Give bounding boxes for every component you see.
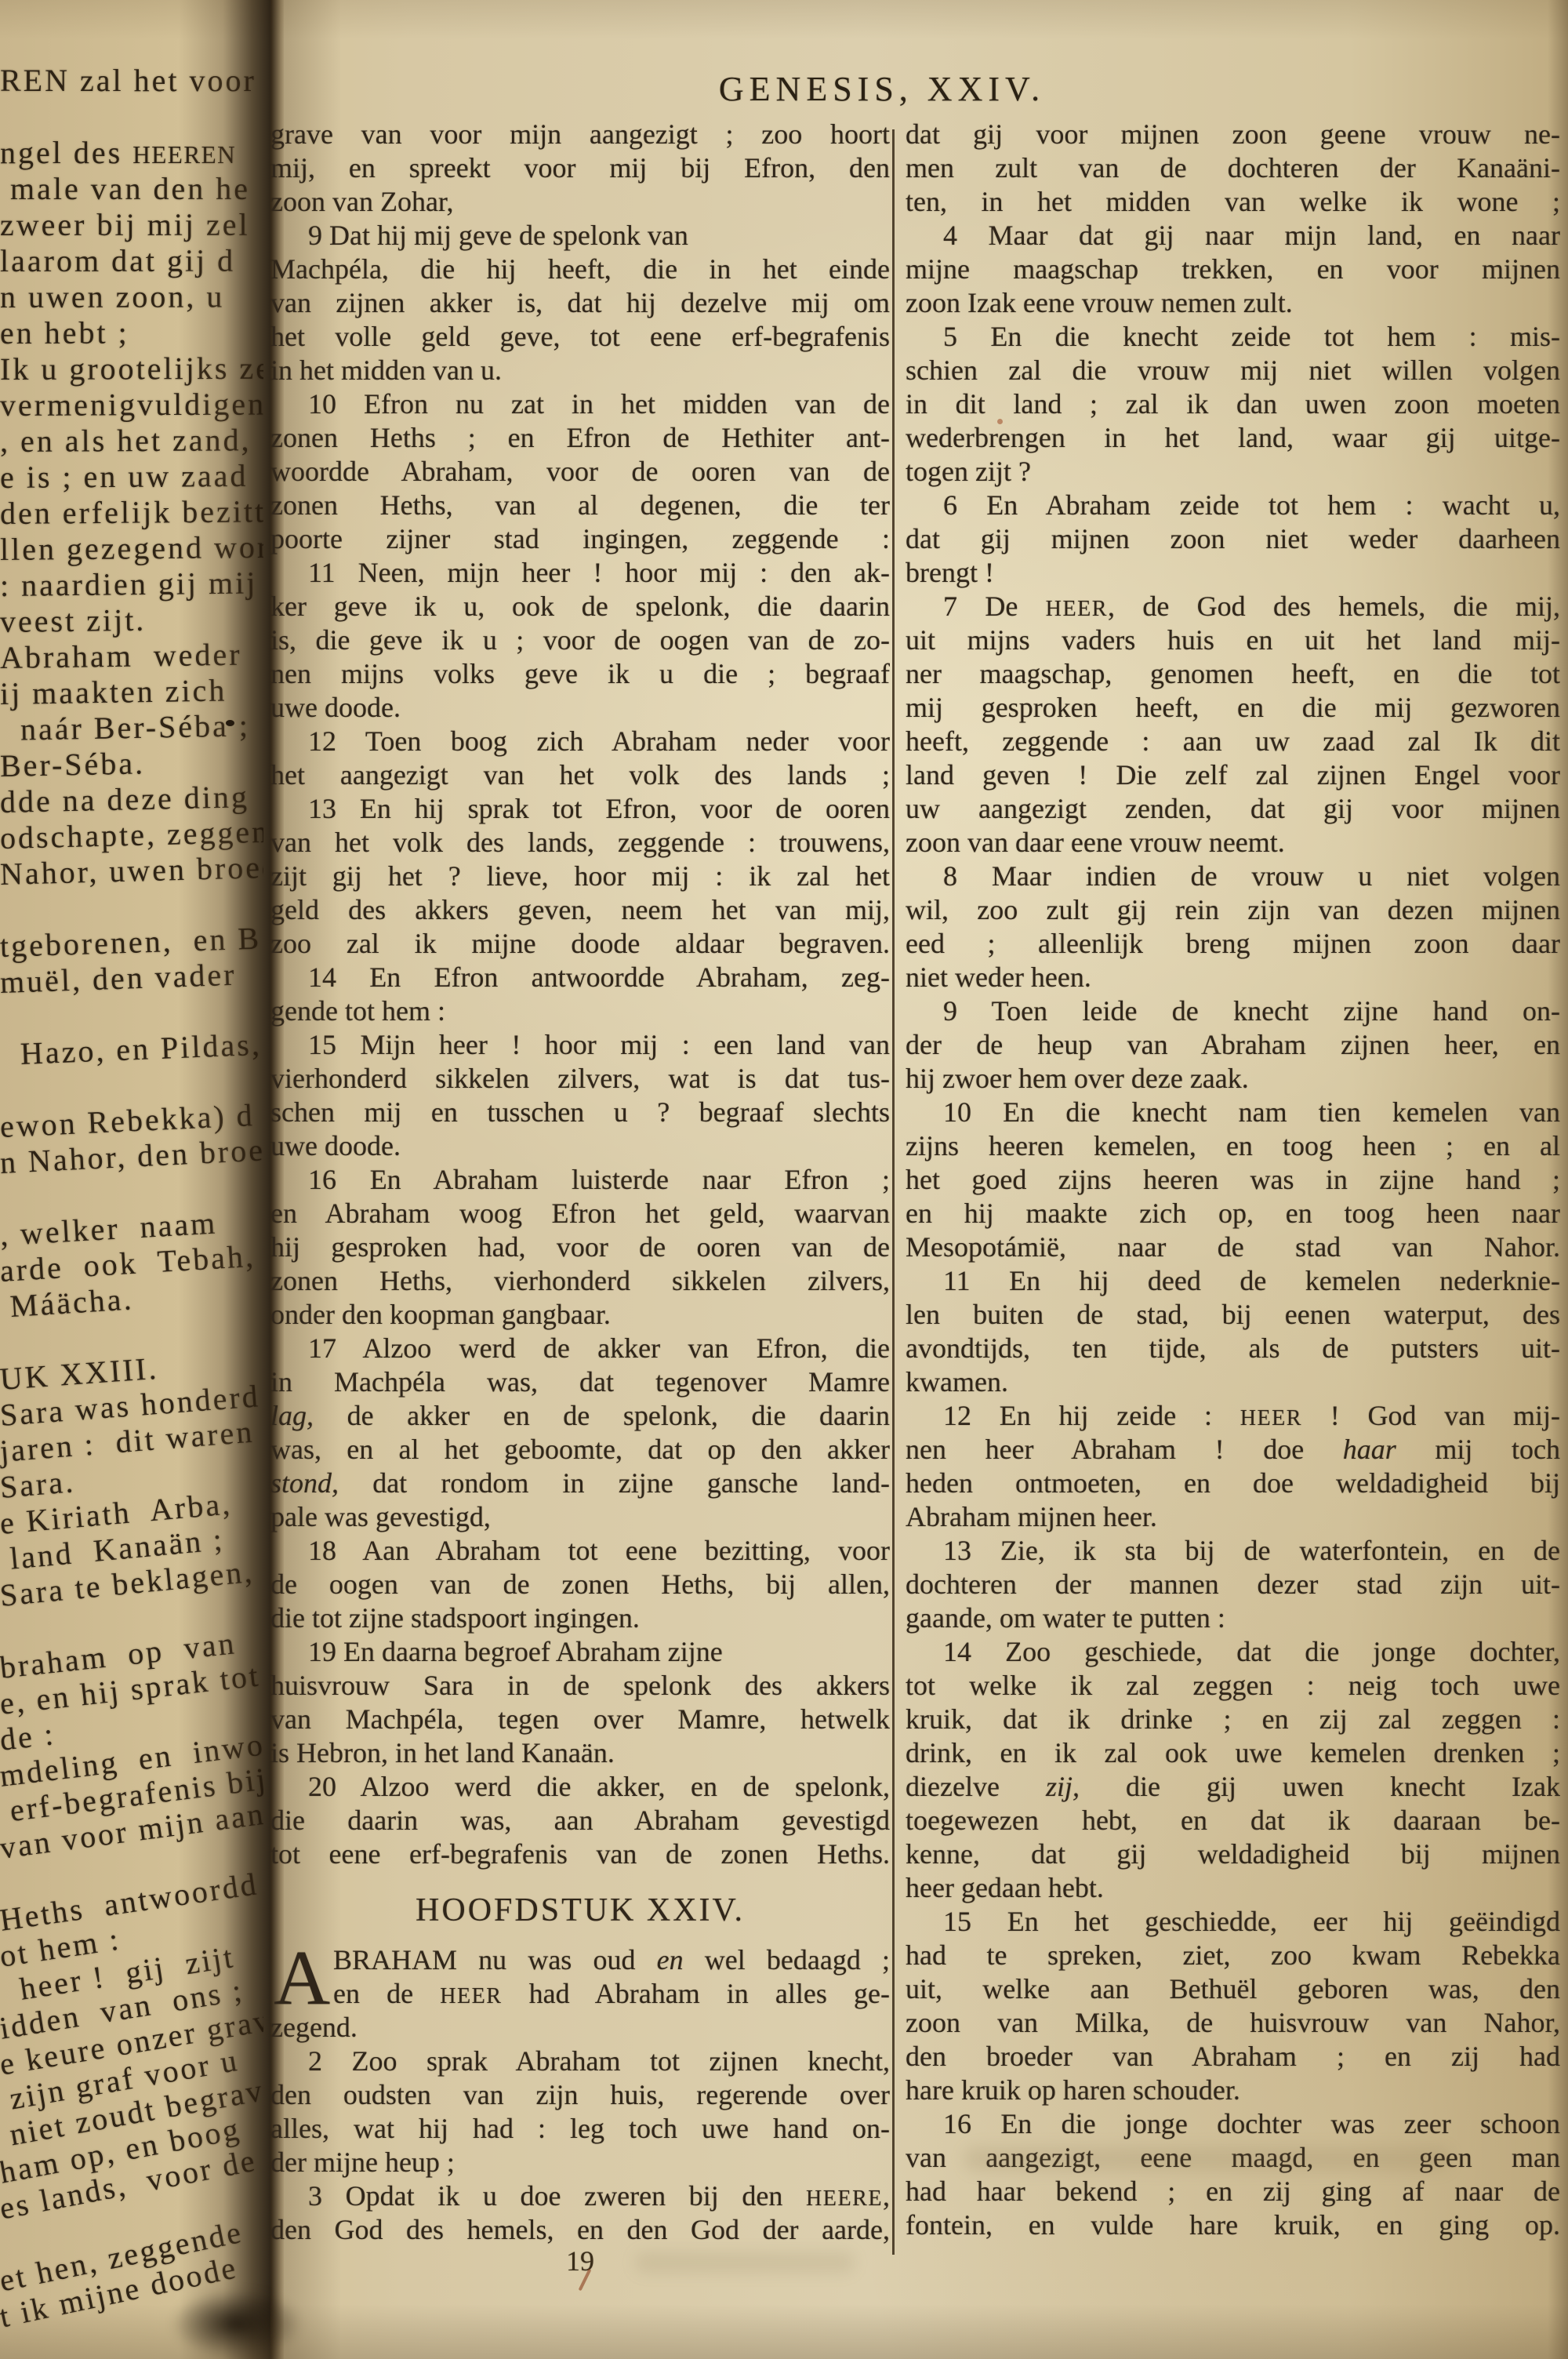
text-line: vierhonderd sikkelen zilvers, wat is dat… — [270, 1062, 890, 1096]
text-line: het volle geld geve, tot eene erf-begraf… — [270, 320, 890, 354]
text-line: uit mijns vaders huis en uit het land mi… — [906, 623, 1560, 657]
text-line: huisvrouw Sara in de spelonk des akkers — [270, 1669, 890, 1703]
text-line: brengt ! — [906, 556, 1560, 590]
text-line: hare kruik op haren schouder. — [906, 2074, 1560, 2107]
show-through-smudge — [635, 2252, 855, 2273]
text-line: 11 En hij deed de kemelen nederknie- — [906, 1264, 1560, 1298]
text-line: 18 Aan Abraham tot eene bezitting, voor — [270, 1534, 890, 1568]
text-line: Abraham mijnen heer. — [906, 1500, 1560, 1534]
text-line: 4 Maar dat gij naar mijn land, en naar — [906, 219, 1560, 253]
text-line: der mijne heup ; — [270, 2146, 890, 2179]
text-line: die tot zijne stadspoort ingingen. — [270, 1601, 890, 1635]
text-line: kenne, dat gij weldadigheid bij mijnen — [906, 1837, 1560, 1871]
text-line: tot welke ik zal zeggen : neig toch uwe — [906, 1669, 1560, 1703]
text-line: heden ontmoeten, en doe weldadigheid bij — [906, 1467, 1560, 1500]
text-line: 3 Opdat ik u doe zweren bij den HEERE, — [270, 2179, 890, 2213]
text-line: hij zwoer hem over deze zaak. — [906, 1062, 1560, 1096]
text-column-left: grave van voor mijn aangezigt ; zoo hoor… — [270, 118, 890, 2247]
text-line: hij gesproken had, voor de ooren van de — [270, 1230, 890, 1264]
text-line: nen heer Abraham ! doe haar mij toch — [906, 1433, 1560, 1467]
text-line: zoon Izak eene vrouw nemen zult. — [906, 286, 1560, 320]
text-line: 16 En Abraham luisterde naar Efron ; — [270, 1163, 890, 1197]
fragment-line: , en als het zand, — [0, 422, 263, 460]
text-line: avondtijds, ten tijde, als de putsters u… — [906, 1332, 1560, 1365]
text-line: is Hebron, in het land Kanaän. — [270, 1736, 890, 1770]
text-line: zijt gij het ? lieve, hoor mij : ik zal … — [270, 860, 890, 893]
text-line: uw aangezigt zenden, dat gij voor mijnen — [906, 792, 1560, 826]
text-line: geld des akkers geven, neem het van mij, — [270, 893, 890, 927]
text-line: lag, de akker en de spelonk, die daarin — [270, 1399, 890, 1433]
text-line: dat gij mijnen zoon niet weder daarheen — [906, 522, 1560, 556]
text-line: 13 En hij sprak tot Efron, voor de ooren — [270, 792, 890, 826]
text-line: 11 Neen, mijn heer ! hoor mij : den ak- — [270, 556, 890, 590]
rust-speck — [997, 419, 1003, 424]
text-line: der de heup van Abraham zijnen heer, en — [906, 1028, 1560, 1062]
text-line: ner maagschap, genomen heeft, en die tot — [906, 657, 1560, 691]
chapter-heading: HOOFDSTUK XXIV. — [270, 1871, 890, 1943]
text-line: het aangezigt van het volk des lands ; — [270, 758, 890, 792]
fragment-line: ngel des HEEREN — [0, 135, 263, 171]
text-line: zonen Heths, van al degenen, die ter — [270, 489, 890, 522]
fragment-line: dde na deze ding — [0, 779, 263, 820]
text-line: wederbrengen in het land, waar gij uitge… — [906, 421, 1560, 455]
text-line: zoo zal ik mijne doode aldaar begraven. — [270, 927, 890, 961]
text-line: zoon van Milka, de huisvrouw van Nahor, — [906, 2006, 1560, 2040]
text-line: den oudsten van zijn huis, regerende ove… — [270, 2078, 890, 2112]
text-line: kwamen. — [906, 1365, 1560, 1399]
text-line: was, en al het geboomte, dat op den akke… — [270, 1433, 890, 1467]
text-line: 17 Alzoo werd de akker van Efron, die — [270, 1332, 890, 1365]
fragment-line: naár Ber-Séba ; — [0, 707, 263, 748]
text-column-right: dat gij voor mijnen zoon geene vrouw ne-… — [906, 118, 1560, 2242]
text-line: wil, zoo zult gij rein zijn van dezen mi… — [906, 893, 1560, 927]
text-line: 9 Toen leide de knecht zijne hand on- — [906, 994, 1560, 1028]
text-line: 16 En die jonge dochter was zeer schoon — [906, 2107, 1560, 2141]
text-line: dat gij voor mijnen zoon geene vrouw ne- — [906, 118, 1560, 151]
fragment-line: vermenigvuldigen, — [0, 387, 263, 423]
text-line: woordde Abraham, voor de ooren van de — [270, 455, 890, 489]
text-line: toegewezen hebt, en dat ik daaraan be- — [906, 1804, 1560, 1837]
text-line: mijne maagschap trekken, en voor mijnen — [906, 253, 1560, 286]
text-line: pale was gevestigd, — [270, 1500, 890, 1534]
fragment-line: zweer bij mij zel — [0, 207, 263, 243]
text-line: heer gedaan hebt. — [906, 1871, 1560, 1905]
fragment-line: e is ; en uw zaad — [0, 458, 263, 496]
text-line: zijns heeren kemelen, en toog heen ; en … — [906, 1129, 1560, 1163]
text-line: 15 Mijn heer ! hoor mij : een land van — [270, 1028, 890, 1062]
text-line: Machpéla, die hij heeft, die in het eind… — [270, 253, 890, 286]
text-line: eed ; alleenlijk breng mijnen zoon daar — [906, 927, 1560, 961]
text-line: gaande, om water te putten : — [906, 1601, 1560, 1635]
text-line: diezelve zij, die gij uwen knecht Izak — [906, 1770, 1560, 1804]
text-line: 13 Zie, ik sta bij de waterfontein, en d… — [906, 1534, 1560, 1568]
text-line: gende tot hem : — [270, 994, 890, 1028]
text-line: schen mij en tusschen u ? begraaf slecht… — [270, 1096, 890, 1129]
text-line: uwe doode. — [270, 1129, 890, 1163]
ink-speck — [226, 720, 234, 726]
text-line: ten, in het midden van welke ik wone ; — [906, 185, 1560, 219]
text-line: alles, wat hij had : leg toch uwe hand o… — [270, 2112, 890, 2146]
fragment-line: REN zal het voor — [0, 63, 263, 99]
fragment-line: : naardien gij mij — [0, 565, 263, 604]
text-line: mij gesproken heeft, en die mij gezworen — [906, 691, 1560, 725]
text-line: 19 En daarna begroef Abraham zijne — [270, 1635, 890, 1669]
text-line: in dit land ; zal ik dan uwen zoon moete… — [906, 387, 1560, 421]
fragment-line: llen gezegend word — [0, 529, 263, 568]
fragment-line: den erfelijk bezitt — [0, 493, 263, 532]
text-line: de oogen van de zonen Heths, bij allen, — [270, 1568, 890, 1601]
text-line: ker geve ik u, ook de spelonk, die daari… — [270, 590, 890, 623]
text-line: 8 Maar indien de vrouw u niet volgen — [906, 860, 1560, 893]
text-line: grave van voor mijn aangezigt ; zoo hoor… — [270, 118, 890, 151]
text-line: Mesopotámië, naar de stad van Nahor. — [906, 1230, 1560, 1264]
text-line: zonen Heths, vierhonderd sikkelen zilver… — [270, 1264, 890, 1298]
text-line: 7 De HEER, de God des hemels, die mij, — [906, 590, 1560, 623]
fragment-line: laarom dat gij d — [0, 243, 263, 279]
text-line: land geven ! Die zelf zal zijnen Engel v… — [906, 758, 1560, 792]
text-line: 12 Toen boog zich Abraham neder voor — [270, 725, 890, 758]
text-line: len buiten de stad, bij eenen waterput, … — [906, 1298, 1560, 1332]
text-line: 5 En die knecht zeide tot hem : mis- — [906, 320, 1560, 354]
text-line: van Machpéla, tegen over Mamre, hetwelk — [270, 1703, 890, 1736]
column-divider-rule — [892, 129, 895, 2255]
text-line: kruik, dat ik drinke ; en zij zal zeggen… — [906, 1703, 1560, 1736]
text-line: 12 En hij zeide : HEER ! God van mij- — [906, 1399, 1560, 1433]
text-line: den God des hemels, en den God der aarde… — [270, 2213, 890, 2247]
page-header-title: GENESIS, XXIV. — [235, 69, 1529, 109]
text-line: fontein, en vulde hare kruik, en ging op… — [906, 2208, 1560, 2242]
text-line: dochteren der mannen dezer stad zijn uit… — [906, 1568, 1560, 1601]
text-line: niet weder heen. — [906, 961, 1560, 994]
fragment-line: veest zijt. — [0, 601, 263, 640]
text-line: zonen Heths ; en Efron de Hethiter ant- — [270, 421, 890, 455]
fragment-line: Ik u grootelijks ze — [0, 351, 263, 387]
text-line: poorte zijner stad ingingen, zeggende : — [270, 522, 890, 556]
text-line: uwe doode. — [270, 691, 890, 725]
text-line: mij, en spreekt voor mij bij Efron, den — [270, 151, 890, 185]
text-line: zegend. — [270, 2011, 890, 2045]
show-through-smudge — [964, 2147, 1450, 2171]
text-line: 10 Efron nu zat in het midden van de — [270, 387, 890, 421]
text-line: had haar bekend ; en zij ging af naar de — [906, 2175, 1560, 2208]
fragment-line: n uwen zoon, u — [0, 278, 263, 315]
text-line: den broeder van Abraham ; en zij had — [906, 2040, 1560, 2074]
fragment-line: male van den he — [0, 171, 263, 207]
text-line: 15 En het geschiedde, eer hij geëindigd — [906, 1905, 1560, 1939]
text-line: is, die geve ik u ; voor de oogen van de… — [270, 623, 890, 657]
text-line: stond, dat rondom in zijne gansche land- — [270, 1467, 890, 1500]
fragment-line: en hebt ; — [0, 314, 263, 351]
text-line: drink, en ik zal ook uwe kemelen drenken… — [906, 1736, 1560, 1770]
fragment-line: Ber-Séba. — [0, 743, 263, 784]
left-page-fragment: REN zal het voorngel des HEEREN male van… — [0, 63, 263, 2335]
text-line: heeft, zeggende : aan uw zaad zal Ik dit — [906, 725, 1560, 758]
text-line: had te spreken, ziet, zoo kwam Rebekka — [906, 1939, 1560, 1972]
text-line: het goed zijns heeren was in zijne hand … — [906, 1163, 1560, 1197]
scanned-book-page: REN zal het voorngel des HEEREN male van… — [0, 0, 1568, 2359]
text-line: BRAHAM nu was oud en wel bedaagd ; — [333, 1943, 890, 1977]
text-line: schien zal die vrouw mij niet willen vol… — [906, 354, 1560, 387]
fragment-line: ij maakten zich — [0, 672, 263, 712]
fragment-gap — [0, 99, 263, 135]
text-line: tot eene erf-begrafenis van de zonen Het… — [270, 1837, 890, 1871]
text-line: men zult van de dochteren der Kanaäni- — [906, 151, 1560, 185]
text-line: en de HEER had Abraham in alles ge- — [333, 1977, 890, 2011]
text-line: 6 En Abraham zeide tot hem : wacht u, — [906, 489, 1560, 522]
text-line: van het volk des lands, zeggende : trouw… — [270, 826, 890, 860]
text-line: uit, welke aan Bethuël geboren was, den — [906, 1972, 1560, 2006]
text-line: 20 Alzoo werd die akker, en de spelonk, — [270, 1770, 890, 1804]
text-line: en Abraham woog Efron het geld, waarvan — [270, 1197, 890, 1230]
text-line: in Machpéla was, dat tegenover Mamre — [270, 1365, 890, 1399]
text-line: zoon van daar eene vrouw neemt. — [906, 826, 1560, 860]
text-line: en hij maakte zich op, en toog heen naar — [906, 1197, 1560, 1230]
text-line: togen zijt ? — [906, 455, 1560, 489]
drop-cap-paragraph: ABRAHAM nu was oud en wel bedaagd ;en de… — [270, 1943, 890, 2011]
text-line: 9 Dat hij mij geve de spelonk van — [270, 219, 890, 253]
text-line: 14 Zoo geschiede, dat die jonge dochter, — [906, 1635, 1560, 1669]
text-line: nen mijns volks geve ik u die ; begraaf — [270, 657, 890, 691]
text-line: 10 En die knecht nam tien kemelen van — [906, 1096, 1560, 1129]
text-line: onder den koopman gangbaar. — [270, 1298, 890, 1332]
fragment-line: Abraham weder — [0, 636, 263, 676]
text-line: 14 En Efron antwoordde Abraham, zeg- — [270, 961, 890, 994]
text-line: van zijnen akker is, dat hij dezelve mij… — [270, 286, 890, 320]
text-line: 2 Zoo sprak Abraham tot zijnen knecht, — [270, 2045, 890, 2078]
text-line: zoon van Zohar, — [270, 185, 890, 219]
text-line: in het midden van u. — [270, 354, 890, 387]
text-line: die daarin was, aan Abraham gevestigd — [270, 1804, 890, 1837]
drop-cap: A — [274, 1943, 330, 2012]
